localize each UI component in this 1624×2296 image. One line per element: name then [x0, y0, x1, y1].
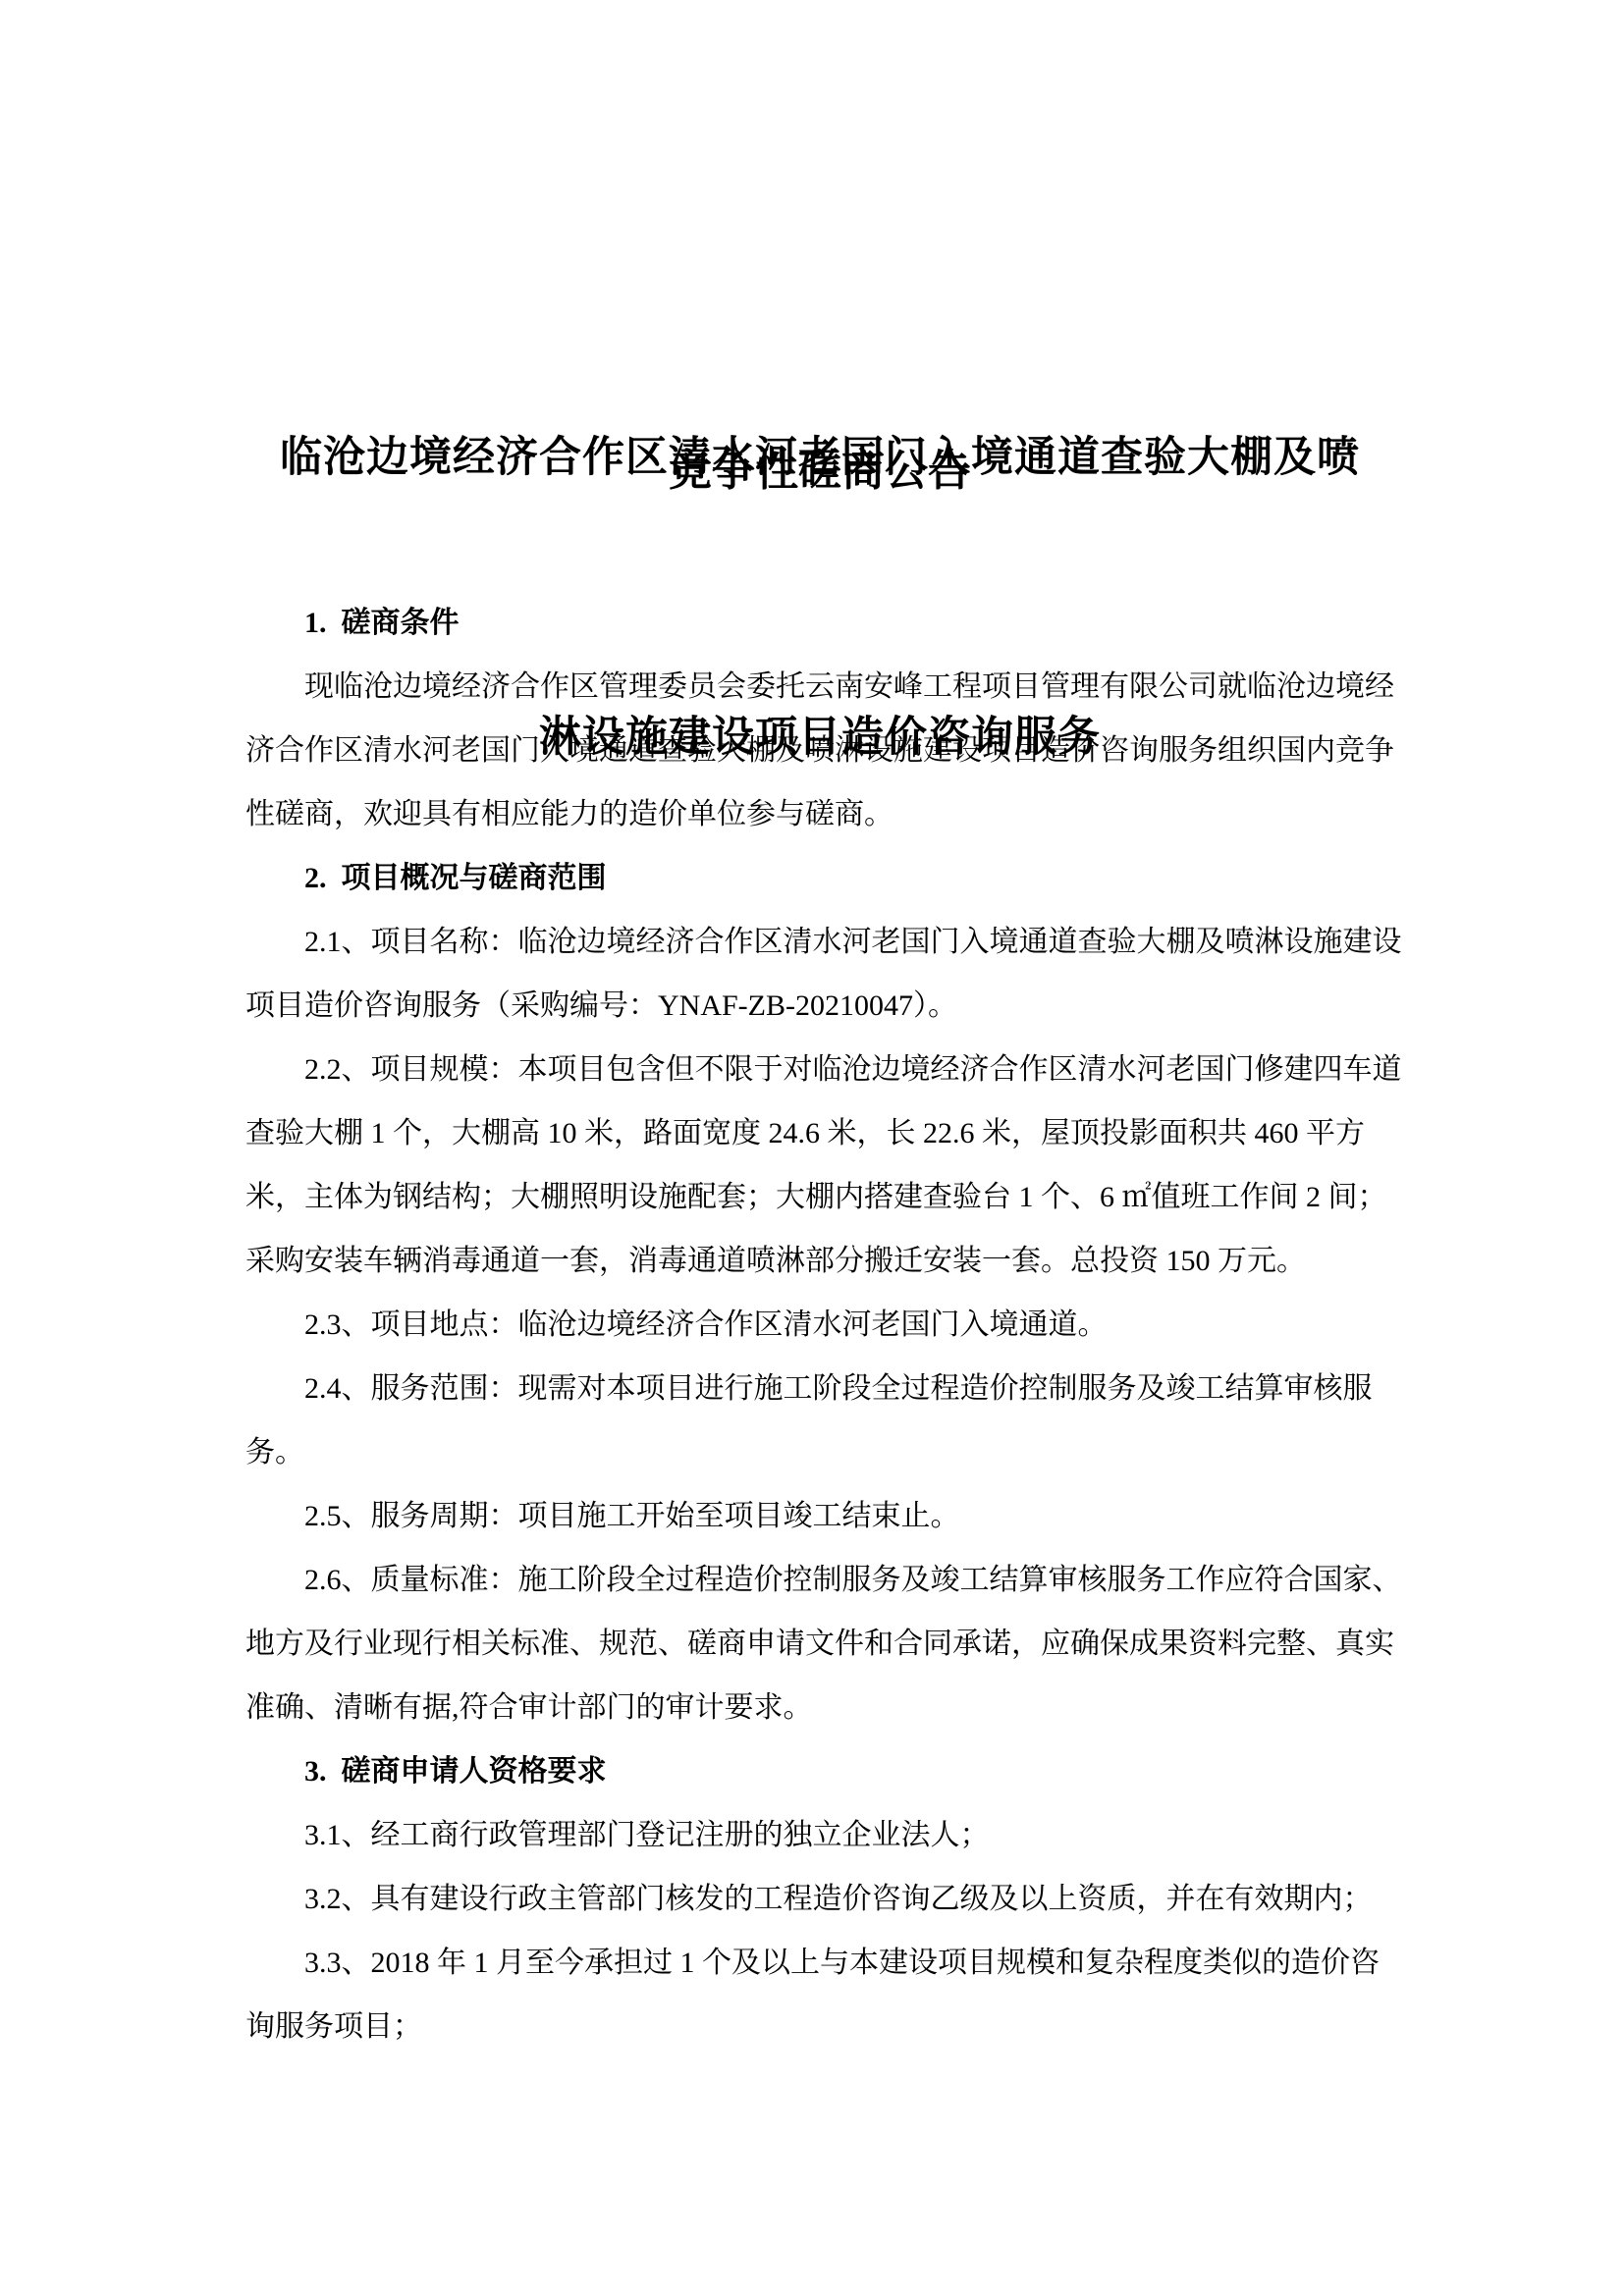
- body-line-3: 济合作区清水河老国门入境通道查验大棚及喷淋设施建设项目造价咨询服务组织国内竞争: [245, 719, 1394, 782]
- document-body: 1. 磋商条件现临沧边境经济合作区管理委员会委托云南安峰工程项目管理有限公司就临…: [245, 591, 1394, 2058]
- body-line-2: 现临沧边境经济合作区管理委员会委托云南安峰工程项目管理有限公司就临沧边境经: [245, 655, 1394, 719]
- body-line-15: 2.5、服务周期：项目施工开始至项目竣工结束止。: [245, 1484, 1394, 1548]
- body-line-16: 2.6、质量标准：施工阶段全过程造价控制服务及竣工结算审核服务工作应符合国家、: [245, 1548, 1394, 1612]
- body-line-13: 2.4、服务范围：现需对本项目进行施工阶段全过程造价控制服务及竣工结算审核服: [245, 1357, 1394, 1420]
- body-line-21: 3.2、具有建设行政主管部门核发的工程造价咨询乙级及以上资质，并在有效期内；: [245, 1867, 1394, 1931]
- body-line-10: 米，主体为钢结构；大棚照明设施配套；大棚内搭建查验台 1 个、6 ㎡值班工作间 …: [245, 1165, 1394, 1229]
- body-line-23: 询服务项目；: [245, 1995, 1394, 2058]
- document-page: 临沧边境经济合作区清水河老国门入境通道查验大棚及喷 淋设施建设项目造价咨询服务 …: [0, 0, 1624, 2296]
- body-line-22: 3.3、2018 年 1 月至今承担过 1 个及以上与本建设项目规模和复杂程度类…: [245, 1931, 1394, 1995]
- body-line-18: 准确、清晰有据,符合审计部门的审计要求。: [245, 1676, 1394, 1739]
- body-line-9: 查验大棚 1 个，大棚高 10 米，路面宽度 24.6 米，长 22.6 米，屋…: [245, 1101, 1394, 1165]
- body-line-1: 1. 磋商条件: [245, 591, 1394, 655]
- body-line-14: 务。: [245, 1420, 1394, 1484]
- body-line-7: 项目造价咨询服务（采购编号：YNAF-ZB-20210047）。: [245, 974, 1394, 1038]
- document-subtitle: 竞争性磋商公告: [245, 424, 1394, 517]
- body-line-19: 3. 磋商申请人资格要求: [245, 1739, 1394, 1803]
- body-line-11: 采购安装车辆消毒通道一套，消毒通道喷淋部分搬迁安装一套。总投资 150 万元。: [245, 1229, 1394, 1293]
- body-line-4: 性磋商，欢迎具有相应能力的造价单位参与磋商。: [245, 782, 1394, 846]
- body-line-20: 3.1、经工商行政管理部门登记注册的独立企业法人；: [245, 1803, 1394, 1867]
- body-line-5: 2. 项目概况与磋商范围: [245, 846, 1394, 910]
- body-line-8: 2.2、项目规模：本项目包含但不限于对临沧边境经济合作区清水河老国门修建四车道: [245, 1038, 1394, 1101]
- body-line-12: 2.3、项目地点：临沧边境经济合作区清水河老国门入境通道。: [245, 1293, 1394, 1357]
- body-line-17: 地方及行业现行相关标准、规范、磋商申请文件和合同承诺，应确保成果资料完整、真实: [245, 1612, 1394, 1676]
- body-line-6: 2.1、项目名称：临沧边境经济合作区清水河老国门入境通道查验大棚及喷淋设施建设: [245, 910, 1394, 974]
